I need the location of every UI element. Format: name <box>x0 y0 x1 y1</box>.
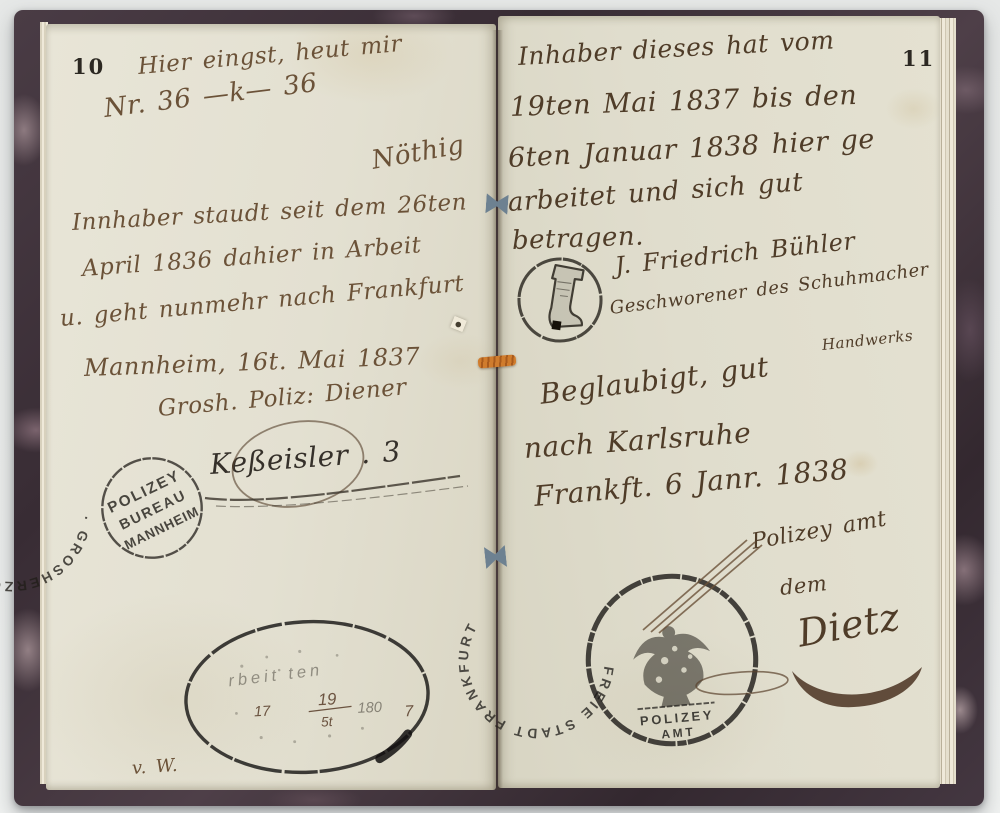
handwriting-line: Handwerks <box>821 326 914 353</box>
signature-dietz: Dietz <box>794 594 903 655</box>
stamp-faded-text: rbeit ten <box>227 660 324 690</box>
handwriting-line: dem <box>779 571 829 600</box>
stamp-year: 180 <box>357 700 383 717</box>
signature-swash <box>690 655 940 715</box>
stamp-text: AMT <box>661 725 696 742</box>
oval-stamp: rbeit ten 17 19 5t 180 7 <box>171 605 444 789</box>
handwriting-line: u. geht nunmehr nach Frankfurt <box>59 271 465 332</box>
stamp-number: 17 <box>254 704 272 721</box>
handwriting-line: 6ten Januar 1838 hier ge <box>507 124 875 174</box>
signature-flourish <box>196 406 496 536</box>
handwriting-line: Frankft. 6 Janr. 1838 <box>533 453 850 513</box>
page-left: 10 Hier eingst, heut mir Nr. 36 —k— 36 N… <box>46 24 496 790</box>
photo-backdrop: 10 Hier eingst, heut mir Nr. 36 —k— 36 N… <box>0 0 1000 813</box>
handwriting-initials: v. W. <box>131 755 178 779</box>
stamp-year-digit: 7 <box>404 703 415 721</box>
page-number-left: 10 <box>72 54 105 79</box>
boot-icon <box>549 265 583 327</box>
handwriting-line: arbeitet und sich gut <box>507 167 804 218</box>
handwriting-line: Innhaber staudt seit dem 26ten <box>71 189 467 236</box>
stamp-fraction-top: 19 <box>317 689 336 709</box>
handwriting-line: Nöthig <box>369 130 466 176</box>
pen-flourish-lines <box>635 528 765 633</box>
guild-boot-stamp <box>512 252 608 348</box>
paper-hole <box>450 316 467 332</box>
handwriting-line: nach Karlsruhe <box>523 416 752 465</box>
handwriting-line: Nr. 36 —k— 36 <box>102 68 319 124</box>
handwriting-line: Mannheim, 16t. Mai 1837 <box>84 342 421 382</box>
punched-hole <box>552 320 562 330</box>
handwriting-line: Inhaber dieses hat vom <box>517 25 835 71</box>
center-fold <box>492 30 503 790</box>
handwriting-line: Polizey amt <box>750 506 889 554</box>
handwriting-line: April 1836 dahier in Arbeit <box>81 232 422 282</box>
handwriting-line: 19ten Mai 1837 bis den <box>509 80 857 123</box>
stamp-fraction-bottom: 5t <box>321 714 334 730</box>
page-number-right: 11 <box>902 46 935 71</box>
handwriting-line: Beglaubigt, gut <box>538 350 771 411</box>
page-right: 11 Inhaber dieses hat vom 19ten Mai 1837… <box>498 16 940 788</box>
